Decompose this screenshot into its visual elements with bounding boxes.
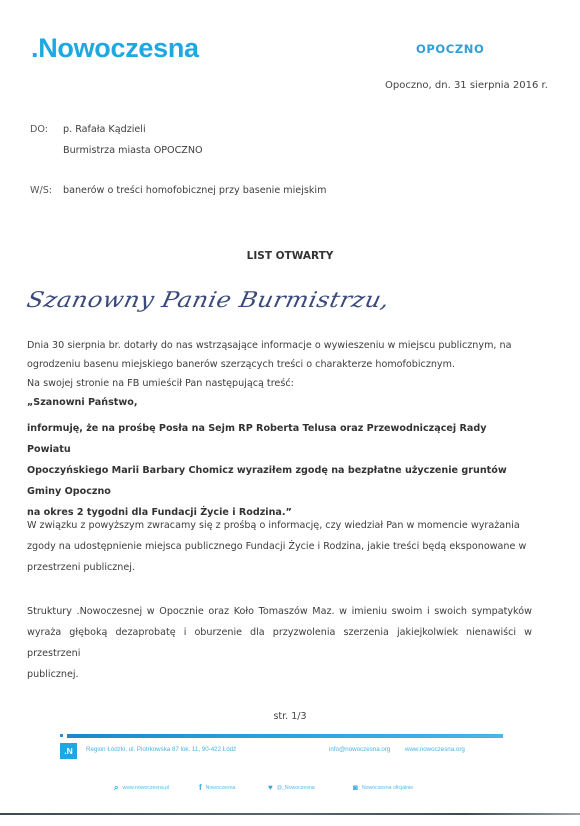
social-label: Nowoczesna oficjalnie xyxy=(362,785,413,791)
subject-label: W/S: xyxy=(30,185,52,196)
body-line: Dnia 30 sierpnia br. dotarły do nas wstr… xyxy=(27,336,527,355)
city-header: OPOCZNO xyxy=(416,42,484,56)
page-bottom-edge xyxy=(0,813,580,815)
twitter-icon: ♥ xyxy=(268,783,273,792)
body-line: W związku z powyższym zwracamy się z pro… xyxy=(27,515,527,536)
recipient-name: p. Rafała Kądzieli xyxy=(63,124,146,135)
quote-line: informuję, że na prośbę Posła na Sejm RP… xyxy=(27,418,527,460)
social-label: @_Nowoczesna xyxy=(277,785,315,791)
social-website[interactable]: ⌕ www.nowoczesna.pl xyxy=(114,783,169,793)
paragraph-conclusion: Struktury .Nowoczesnej w Opocznie oraz K… xyxy=(27,601,532,685)
paragraph-question: W związku z powyższym zwracamy się z pro… xyxy=(27,515,527,578)
footer-email[interactable]: info@nowoczesna.org xyxy=(329,746,390,753)
nowoczesna-logo: .Nowoczesna xyxy=(31,33,199,64)
social-label: Nowoczesna xyxy=(206,785,236,791)
search-icon: ⌕ xyxy=(114,783,118,793)
social-label: www.nowoczesna.pl xyxy=(122,785,169,791)
quote-line: Opoczyńskiego Marii Barbary Chomicz wyra… xyxy=(27,460,527,502)
body-line: ogrodzeniu basenu miejskiego banerów sze… xyxy=(27,355,527,374)
quote-greeting: „Szanowni Państwo, xyxy=(27,393,527,412)
handwritten-salutation: Szanowny Panie Burmistrzu, xyxy=(25,287,392,312)
body-line: publicznej. xyxy=(27,664,532,685)
body-line: wyraża głęboką dezaprobatę i oburzenie d… xyxy=(27,622,532,664)
instagram-icon: ◙ xyxy=(353,783,358,792)
page-number: str. 1/3 xyxy=(0,711,580,722)
recipient-label: DO: xyxy=(30,124,48,135)
dateline: Opoczno, dn. 31 sierpnia 2016 r. xyxy=(385,80,548,91)
body-line: przestrzeni publicznej. xyxy=(27,557,527,578)
social-facebook[interactable]: f Nowoczesna xyxy=(199,783,235,792)
body-line: Na swojej stronie na FB umieścił Pan nas… xyxy=(27,374,527,393)
footer-divider xyxy=(67,734,503,738)
paragraph-intro: Dnia 30 sierpnia br. dotarły do nas wstr… xyxy=(27,336,527,412)
facebook-icon: f xyxy=(199,783,202,792)
social-twitter[interactable]: ♥ @_Nowoczesna xyxy=(268,783,315,792)
recipient-title: Burmistrza miasta OPOCZNO xyxy=(63,145,203,156)
body-line: zgody na udostępnienie miejsca publiczne… xyxy=(27,536,527,557)
footer-divider-dot xyxy=(60,734,63,737)
quoted-statement: informuję, że na prośbę Posła na Sejm RP… xyxy=(27,418,527,523)
subject-text: banerów o treści homofobicznej przy base… xyxy=(63,185,326,196)
letter-title: LIST OTWARTY xyxy=(0,250,580,262)
body-line: Struktury .Nowoczesnej w Opocznie oraz K… xyxy=(27,601,532,622)
footer-address: Region Łódzki, ul. Piotrkowska 87 lok. 1… xyxy=(86,746,236,753)
footer-website[interactable]: www.nowoczesna.org xyxy=(405,746,465,753)
nowoczesna-badge-icon: .N xyxy=(60,743,77,759)
social-instagram[interactable]: ◙ Nowoczesna oficjalnie xyxy=(353,783,413,792)
